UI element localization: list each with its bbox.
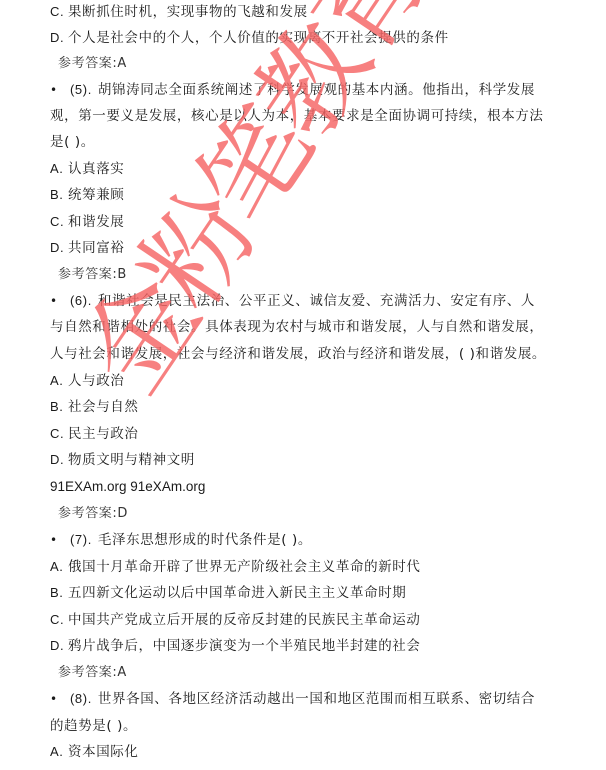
option-line: A.资本国际化 xyxy=(50,742,560,762)
source-url-text: 91EXAm.org 91eXAm.org xyxy=(50,477,560,497)
question-text: 和谐社会是民主法治、公平正义、诚信友爱、充满活力、安定有序、人 xyxy=(98,293,535,309)
option-text: 民主与政治 xyxy=(68,426,139,442)
option-text: 资本国际化 xyxy=(68,744,139,760)
option-label: D. xyxy=(50,636,68,656)
option-label: C. xyxy=(50,212,68,232)
option-line: B.五四新文化运动以后中国革命进入新民主主义革命时期 xyxy=(50,583,560,603)
question-continuation: 观，第一要义是发展，核心是以人为本，基本要求是全面协调可持续，根本方法 xyxy=(50,106,560,126)
bullet-icon: • xyxy=(50,291,70,311)
reference-answer: 参考答案:B xyxy=(58,265,568,285)
option-line: D.个人是社会中的个人，个人价值的实现离不开社会提供的条件 xyxy=(50,28,560,48)
option-text: 统筹兼顾 xyxy=(68,187,124,203)
option-label: C. xyxy=(50,424,68,444)
option-text: 五四新文化运动以后中国革命进入新民主主义革命时期 xyxy=(68,585,406,601)
option-label: C. xyxy=(50,610,68,630)
option-line: A.俄国十月革命开辟了世界无产阶级社会主义革命的新时代 xyxy=(50,557,560,577)
option-text: 鸦片战争后，中国逐步演变为一个半殖民地半封建的社会 xyxy=(68,638,421,654)
question-line: •(8).世界各国、各地区经济活动越出一国和地区范围而相互联系、密切结合 xyxy=(50,689,560,709)
option-line: D.鸦片战争后，中国逐步演变为一个半殖民地半封建的社会 xyxy=(50,636,560,656)
option-text: 认真落实 xyxy=(68,161,124,177)
option-label: D. xyxy=(50,450,68,470)
option-label: A. xyxy=(50,371,68,391)
option-text: 个人是社会中的个人，个人价值的实现离不开社会提供的条件 xyxy=(68,30,449,46)
option-line: C.果断抓住时机，实现事物的飞越和发展 xyxy=(50,2,560,22)
reference-answer: 参考答案:A xyxy=(58,54,568,74)
option-label: B. xyxy=(50,185,68,205)
bullet-icon: • xyxy=(50,80,70,100)
question-text: 胡锦涛同志全面系统阐述了科学发展观的基本内涵。他指出，科学发展 xyxy=(98,82,535,98)
option-line: D.物质文明与精神文明 xyxy=(50,450,560,470)
option-label: A. xyxy=(50,557,68,577)
option-text: 物质文明与精神文明 xyxy=(68,452,195,468)
option-label: A. xyxy=(50,159,68,179)
option-line: C.民主与政治 xyxy=(50,424,560,444)
option-line: A.人与政治 xyxy=(50,371,560,391)
question-continuation: 与自然和谐相处的社会。具体表现为农村与城市和谐发展，人与自然和谐发展， xyxy=(50,317,560,337)
option-text: 和谐发展 xyxy=(68,214,124,230)
option-text: 共同富裕 xyxy=(68,240,124,256)
reference-answer: 参考答案:A xyxy=(58,663,568,683)
option-line: A.认真落实 xyxy=(50,159,560,179)
option-text: 中国共产党成立后开展的反帝反封建的民族民主革命运动 xyxy=(68,612,421,628)
option-label: D. xyxy=(50,238,68,258)
question-number: (6). xyxy=(70,293,92,308)
option-label: B. xyxy=(50,397,68,417)
option-label: C. xyxy=(50,2,68,22)
question-continuation: 的趋势是( )。 xyxy=(50,716,560,736)
question-number: (7). xyxy=(70,532,92,547)
question-continuation: 人与社会和谐发展，社会与经济和谐发展，政治与经济和谐发展，( )和谐发展。 xyxy=(50,344,560,364)
option-line: B.社会与自然 xyxy=(50,397,560,417)
question-line: •(7).毛泽东思想形成的时代条件是( )。 xyxy=(50,530,560,550)
reference-answer: 参考答案:D xyxy=(58,504,568,524)
question-continuation: 是( )。 xyxy=(50,132,560,152)
document-page: C.果断抓住时机，实现事物的飞越和发展D.个人是社会中的个人，个人价值的实现离不… xyxy=(0,0,606,770)
option-label: A. xyxy=(50,742,68,762)
question-number: (5). xyxy=(70,82,92,97)
option-line: C.和谐发展 xyxy=(50,212,560,232)
question-number: (8). xyxy=(70,691,92,706)
option-line: B.统筹兼顾 xyxy=(50,185,560,205)
bullet-icon: • xyxy=(50,689,70,709)
question-line: •(6).和谐社会是民主法治、公平正义、诚信友爱、充满活力、安定有序、人 xyxy=(50,291,560,311)
option-label: D. xyxy=(50,28,68,48)
option-text: 俄国十月革命开辟了世界无产阶级社会主义革命的新时代 xyxy=(68,559,421,575)
option-text: 果断抓住时机，实现事物的飞越和发展 xyxy=(68,4,308,20)
option-label: B. xyxy=(50,583,68,603)
option-line: D.共同富裕 xyxy=(50,238,560,258)
option-line: C.中国共产党成立后开展的反帝反封建的民族民主革命运动 xyxy=(50,610,560,630)
question-line: •(5).胡锦涛同志全面系统阐述了科学发展观的基本内涵。他指出，科学发展 xyxy=(50,80,560,100)
option-text: 社会与自然 xyxy=(68,399,139,415)
bullet-icon: • xyxy=(50,530,70,550)
question-text: 毛泽东思想形成的时代条件是( )。 xyxy=(98,532,312,548)
question-text: 世界各国、各地区经济活动越出一国和地区范围而相互联系、密切结合 xyxy=(98,691,535,707)
option-text: 人与政治 xyxy=(68,373,124,389)
